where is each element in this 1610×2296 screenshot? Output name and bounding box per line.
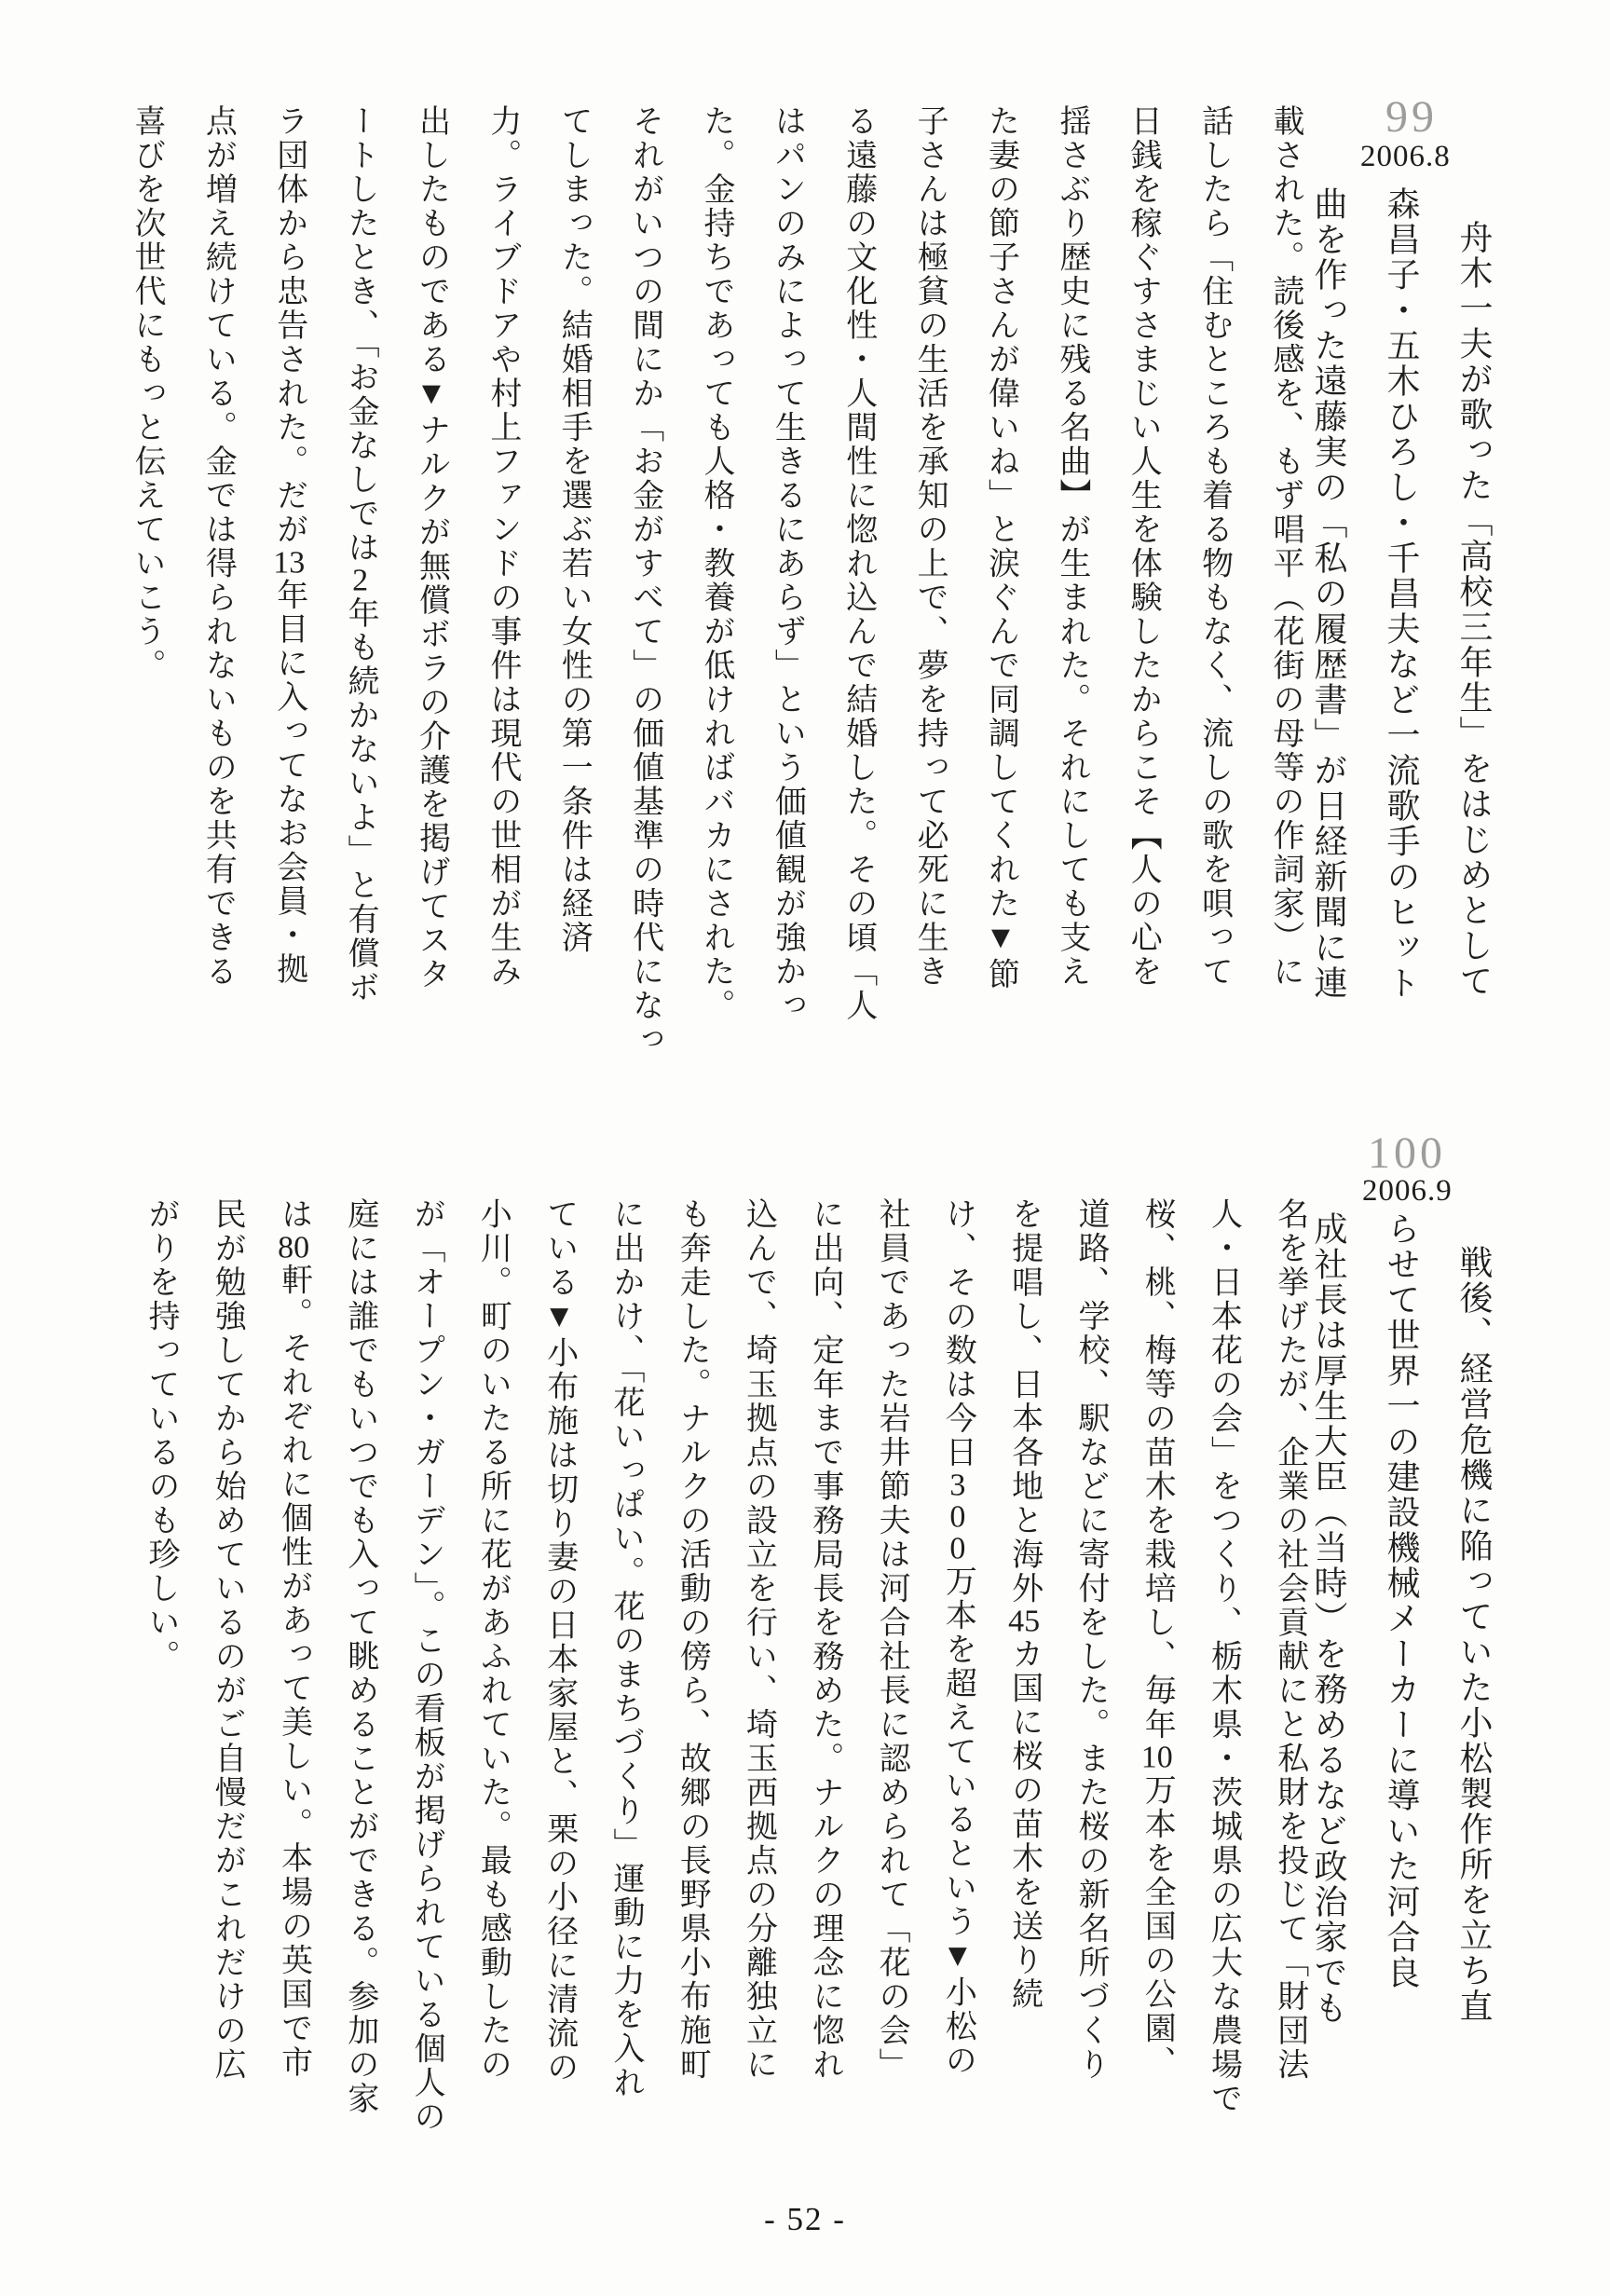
text-column: 子さんは極貧の生活を承知の上で、夢を持って必死に生き: [913, 104, 945, 1064]
text-column: に出かけ、「花いっぱい。花のまちづくり」運動に力を入れ: [609, 1197, 641, 2129]
text-column: ートしたとき、「お金なしでは2年も続かないよ」と有償ボ: [344, 104, 375, 1064]
section-99-body-columns: 載された。読後感を、もず唱平（花街の母等の作詞家）に 話したら「住むところも着る…: [130, 104, 1301, 1064]
text-column: は80軒。それぞれに個性があって美しい。本場の英国で市: [278, 1197, 309, 2129]
text-column: ラ団体から忠告された。だが13年目に入ってなお会員・拠: [273, 104, 305, 1064]
text-column: 点が増え続けている。金では得られないものを共有できる: [201, 104, 233, 1064]
text-column: らせて世界一の建設機械メーカーに導いた河合良: [1385, 1211, 1418, 1999]
section-100-body-columns: 名を挙げたが、企業の社会貢献にと私財を投じて「財団法 人・日本花の会」をつくり、…: [144, 1197, 1305, 2129]
text-column: た妻の節子さんが偉いね」と涙ぐんで同調してくれた▼節: [985, 104, 1016, 1064]
scanned-page: { "page": { "number_label": "- 52 -" }, …: [0, 0, 1610, 2296]
issue-date-100: 2006.9: [1362, 1176, 1453, 1207]
text-column: 揺さぶり歴史に残る名曲】が生まれた。それにしても支え: [1056, 104, 1087, 1064]
text-column: 民が勉強してから始めているのがご自慢だがこれだけの広: [211, 1197, 242, 2129]
text-column: 名を挙げたが、企業の社会貢献にと私財を投じて「財団法: [1274, 1197, 1305, 2129]
text-column: 力。ライブドアや村上ファンドの事件は現代の世相が生み: [486, 104, 518, 1064]
text-column: それがいつの間にか「お金がすべて」の価値基準の時代になっ: [629, 104, 661, 1064]
text-column: 載された。読後感を、もず唱平（花街の母等の作詞家）に: [1269, 104, 1301, 1064]
text-column: が「オープン・ガーデン」。この看板が掲げられている個人の: [410, 1197, 442, 2129]
text-column: ている▼小布施は切り妻の日本家屋と、栗の小径に清流の: [543, 1197, 575, 2129]
text-column: 日銭を稼ぐすさまじい人生を体験したからこそ【人の心を: [1126, 104, 1158, 1064]
text-column: 喜びを次世代にもっと伝えていこう。: [130, 104, 162, 1064]
text-column: 庭には誰でもいつでも入って眺めることができる。参加の家: [344, 1197, 375, 2129]
section-100-lead-columns: 戦後、経営危機に陥っていた小松製作所を立ち直 らせて世界一の建設機械メーカーに導…: [1312, 1211, 1491, 1999]
text-column: た。金持ちであっても人格・教養が低ければバカにされた。: [700, 104, 731, 1064]
issue-date-99: 2006.8: [1360, 142, 1451, 172]
text-column: がりを持っているのも珍しい。: [144, 1197, 176, 2129]
text-column: 出したものである▼ナルクが無償ボラの介護を掲げてスタ: [416, 104, 447, 1064]
text-column: 森昌子・五木ひろし・千昌夫など一流歌手のヒット: [1385, 186, 1418, 974]
text-column: 小川。町のいたる所に花があふれていた。最も感動したの: [476, 1197, 508, 2129]
issue-number-99: 99: [1385, 95, 1438, 140]
text-column: 舟木一夫が歌った「高校三年生」をはじめとして: [1457, 186, 1491, 974]
text-column: も奔走した。ナルクの活動の傍ら、故郷の長野県小布施町: [675, 1197, 707, 2129]
text-column: 人・日本花の会」をつくり、栃木県・茨城県の広大な農場で: [1207, 1197, 1239, 2129]
text-column: を提唱し、日本各地と海外45カ国に桜の苗木を送り続: [1008, 1197, 1040, 2129]
issue-number-100: 100: [1368, 1131, 1446, 1176]
text-column: る遠藤の文化性・人間性に惚れ込んで結婚した。その頃「人: [842, 104, 874, 1064]
text-column: 成社長は厚生大臣（当時）を務めるなど政治家でも: [1312, 1211, 1345, 1999]
text-column: に出向、定年まで事務局長を務めた。ナルクの理念に惚れ: [809, 1197, 840, 2129]
text-column: 道路、学校、駅などに寄付をした。また桜の新名所づくり: [1074, 1197, 1106, 2129]
text-column: 話したら「住むところも着る物もなく、流しの歌を唄って: [1198, 104, 1230, 1064]
text-column: 込んで、埼玉拠点の設立を行い、埼玉西拠点の分離独立に: [743, 1197, 774, 2129]
page-number: - 52 -: [0, 2201, 1610, 2238]
text-column: てしまった。結婚相手を選ぶ若い女性の第一条件は経済: [557, 104, 589, 1064]
text-column: 桜、桃、梅等の苗木を栽培し、毎年10万本を全国の公園、: [1140, 1197, 1172, 2129]
text-column: はパンのみによって生きるにあらず」という価値観が強かっ: [771, 104, 802, 1064]
text-column: 曲を作った遠藤実の「私の履歴書」が日経新聞に連: [1312, 186, 1345, 974]
text-column: け、その数は今日300万本を超えているという▼小松の: [941, 1197, 973, 2129]
text-column: 社員であった岩井節夫は河合社長に認められて「花の会」: [875, 1197, 907, 2129]
section-99-lead-columns: 舟木一夫が歌った「高校三年生」をはじめとして 森昌子・五木ひろし・千昌夫など一流…: [1312, 186, 1491, 974]
text-column: 戦後、経営危機に陥っていた小松製作所を立ち直: [1457, 1211, 1491, 1999]
